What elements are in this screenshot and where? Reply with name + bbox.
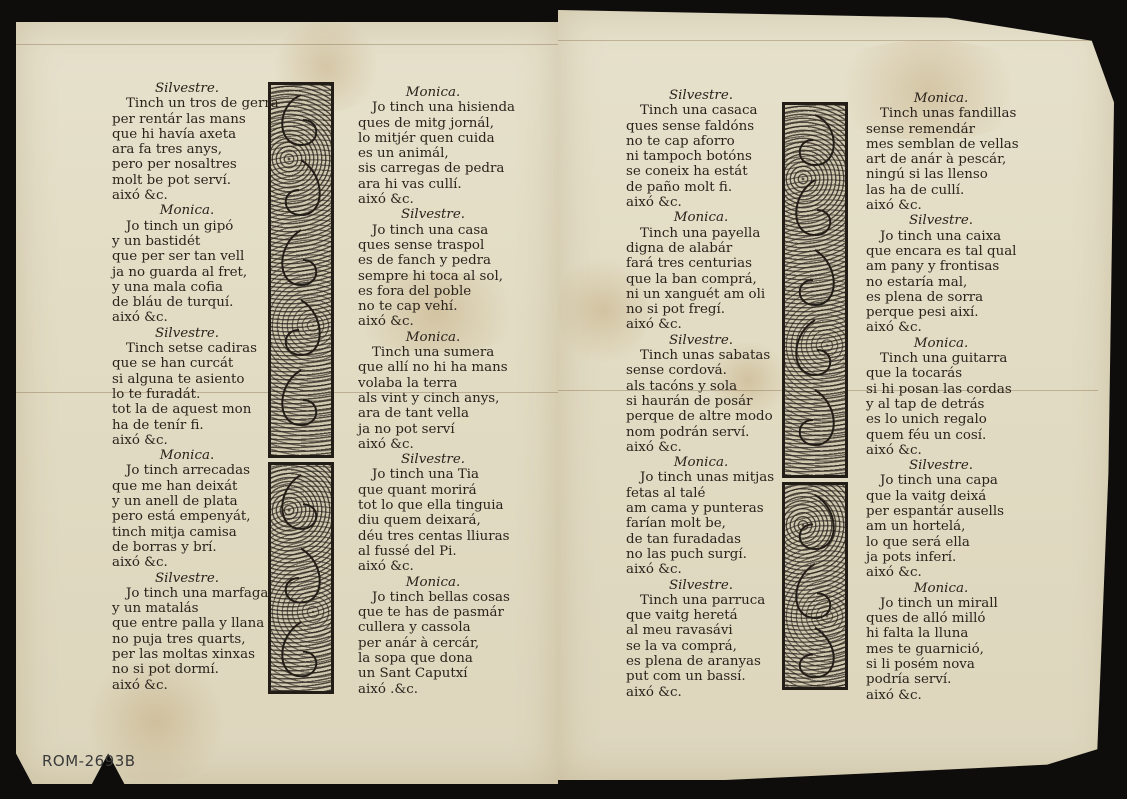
verse-line: lo que será ella xyxy=(866,535,1016,550)
verse-line: la sopa que dona xyxy=(358,651,508,666)
speaker-name: Monica. xyxy=(866,581,1016,596)
verse-line: ques sense faldóns xyxy=(626,119,776,134)
verse-line: no las puch surgí. xyxy=(626,547,776,562)
woodcut-ornament-left-top xyxy=(268,82,334,458)
verse-line: que hi havía axeta xyxy=(112,127,262,142)
right-page-column-2: Monica.Tinch unas fandillassense remendá… xyxy=(866,91,1016,703)
speaker-name: Monica. xyxy=(358,85,508,100)
verse-line: am cama y punteras xyxy=(626,501,776,516)
catalog-label: ROM-2693B xyxy=(42,752,136,770)
verse-line: ara fa tres anys, xyxy=(112,142,262,157)
verse-line: es lo unich regalo xyxy=(866,412,1016,427)
verse-line: volaba la terra xyxy=(358,376,508,391)
verse-line: per anár à cercár, xyxy=(358,636,508,651)
verse-line: ques sense traspol xyxy=(358,238,508,253)
speaker-name: Silvestre. xyxy=(866,458,1016,473)
verse-line: que me han deixát xyxy=(112,479,262,494)
verse-line: nom podrán serví. xyxy=(626,425,776,440)
verse-line: si alguna te asiento xyxy=(112,372,262,387)
woodcut-ornament-right-bottom xyxy=(782,482,848,690)
verse-line: Jo tinch un gipó xyxy=(112,219,262,234)
verse-line: es de fanch y pedra xyxy=(358,253,508,268)
refrain-line: aixó &c. xyxy=(626,562,776,577)
verse-line: Jo tinch bellas cosas xyxy=(358,590,508,605)
refrain-line: aixó &c. xyxy=(112,555,262,570)
speaker-name: Monica. xyxy=(866,336,1016,351)
refrain-line: aixó &c. xyxy=(866,565,1016,580)
verse-line: molt be pot serví. xyxy=(112,173,262,188)
verse-line: un Sant Caputxí xyxy=(358,666,508,681)
verse-line: Jo tinch un mirall xyxy=(866,596,1016,611)
scroll-ornament-icon xyxy=(785,485,845,687)
verse-line: lo te furadát. xyxy=(112,387,262,402)
verse-line: no si pot fregí. xyxy=(626,302,776,317)
woodcut-ornament-left-bottom xyxy=(268,462,334,694)
fold-line xyxy=(558,40,1098,41)
verse-line: y un bastidét xyxy=(112,234,262,249)
verse-line: que te has de pasmár xyxy=(358,605,508,620)
verse-line: Tinch setse cadiras xyxy=(112,341,262,356)
verse-line: de tan furadadas xyxy=(626,532,776,547)
verse-line: se coneix ha estát xyxy=(626,164,776,179)
verse-line: pero per nosaltres xyxy=(112,157,262,172)
verse-line: ja pots inferí. xyxy=(866,550,1016,565)
verse-line: Tinch unas sabatas xyxy=(626,348,776,363)
speaker-name: Silvestre. xyxy=(112,571,262,586)
refrain-line: aixó &c. xyxy=(112,433,262,448)
verse-line: als tacóns y sola xyxy=(626,379,776,394)
speaker-name: Silvestre. xyxy=(866,213,1016,228)
verse-line: ara de tant vella xyxy=(358,406,508,421)
verse-line: que se han curcát xyxy=(112,356,262,371)
verse-line: que la tocarás xyxy=(866,366,1016,381)
verse-line: al meu ravasávi xyxy=(626,623,776,638)
verse-line: ara hi vas cullí. xyxy=(358,177,508,192)
verse-line: que vaitg heretá xyxy=(626,608,776,623)
verse-line: no te cap aforro xyxy=(626,134,776,149)
verse-line: ques de alló milló xyxy=(866,611,1016,626)
verse-line: que allí no hi ha mans xyxy=(358,360,508,375)
refrain-line: aixó &c. xyxy=(866,443,1016,458)
refrain-line: aixó &c. xyxy=(358,314,508,329)
verse-line: Tinch una parruca xyxy=(626,593,776,608)
speaker-name: Silvestre. xyxy=(112,81,262,96)
verse-line: ja no guarda al fret, xyxy=(112,265,262,280)
speaker-name: Silvestre. xyxy=(112,326,262,341)
verse-line: no si pot dormí. xyxy=(112,662,262,677)
verse-line: farían molt be, xyxy=(626,516,776,531)
verse-line: diu quem deixará, xyxy=(358,513,508,528)
speaker-name: Monica. xyxy=(112,203,262,218)
verse-line: ni un xanguét am oli xyxy=(626,287,776,302)
verse-line: sense cordová. xyxy=(626,363,776,378)
verse-line: perque de altre modo xyxy=(626,409,776,424)
refrain-line: aixó &c. xyxy=(358,559,508,574)
verse-line: y una mala cofia xyxy=(112,280,262,295)
refrain-line: aixó &c. xyxy=(112,310,262,325)
refrain-line: aixó &c. xyxy=(112,188,262,203)
verse-line: quem féu un cosí. xyxy=(866,428,1016,443)
verse-line: Tinch una payella xyxy=(626,226,776,241)
speaker-name: Silvestre. xyxy=(358,452,508,467)
verse-line: de paño molt fi. xyxy=(626,180,776,195)
verse-line: Jo tinch una Tia xyxy=(358,467,508,482)
verse-line: fetas al talé xyxy=(626,486,776,501)
verse-line: ningú si las llenso xyxy=(866,167,1016,182)
speaker-name: Silvestre. xyxy=(358,207,508,222)
refrain-line: aixó &c. xyxy=(866,198,1016,213)
verse-line: perque pesi així. xyxy=(866,305,1016,320)
verse-line: que la vaitg deixá xyxy=(866,489,1016,504)
refrain-line: aixó &c. xyxy=(866,688,1016,703)
speaker-name: Silvestre. xyxy=(626,88,776,103)
verse-line: si hi posan las cordas xyxy=(866,382,1016,397)
verse-line: que per ser tan vell xyxy=(112,249,262,264)
speaker-name: Silvestre. xyxy=(626,333,776,348)
speaker-name: Monica. xyxy=(358,575,508,590)
verse-line: si haurán de posár xyxy=(626,394,776,409)
verse-line: fará tres centurias xyxy=(626,256,776,271)
verse-line: lo mitjér quen cuida xyxy=(358,131,508,146)
speaker-name: Monica. xyxy=(358,330,508,345)
verse-line: de borras y brí. xyxy=(112,540,262,555)
verse-line: al fussé del Pi. xyxy=(358,544,508,559)
woodcut-ornament-right-top xyxy=(782,102,848,478)
verse-line: se la va comprá, xyxy=(626,639,776,654)
verse-line: Tinch unas fandillas xyxy=(866,106,1016,121)
scroll-ornament-icon xyxy=(785,105,845,475)
verse-line: digna de alabár xyxy=(626,241,776,256)
left-page-column-1: Silvestre.Tinch un tros de gerraper rent… xyxy=(112,81,262,693)
verse-line: es plena de aranyas xyxy=(626,654,776,669)
verse-line: cullera y cassola xyxy=(358,620,508,635)
speaker-name: Silvestre. xyxy=(626,578,776,593)
refrain-line: aixó .&c. xyxy=(358,682,508,697)
verse-line: que encara es tal qual xyxy=(866,244,1016,259)
verse-line: mes te guarnició, xyxy=(866,642,1016,657)
refrain-line: aixó &c. xyxy=(358,437,508,452)
speaker-name: Monica. xyxy=(626,455,776,470)
scroll-ornament-icon xyxy=(271,85,331,455)
verse-line: Tinch una guitarra xyxy=(866,351,1016,366)
verse-line: y un anell de plata xyxy=(112,494,262,509)
verse-line: no te cap vehí. xyxy=(358,299,508,314)
verse-line: no puja tres quarts, xyxy=(112,632,262,647)
verse-line: ques de mitg jornál, xyxy=(358,116,508,131)
verse-line: ja no pot serví xyxy=(358,422,508,437)
verse-line: déu tres centas lliuras xyxy=(358,529,508,544)
verse-line: ha de tenír fi. xyxy=(112,418,262,433)
verse-line: las ha de cullí. xyxy=(866,183,1016,198)
refrain-line: aixó &c. xyxy=(866,320,1016,335)
verse-line: per rentár las mans xyxy=(112,112,262,127)
verse-line: put com un bassí. xyxy=(626,669,776,684)
verse-line: Jo tinch una casa xyxy=(358,223,508,238)
verse-line: tinch mitja camisa xyxy=(112,525,262,540)
speaker-name: Monica. xyxy=(866,91,1016,106)
refrain-line: aixó &c. xyxy=(626,195,776,210)
verse-line: Tinch una casaca xyxy=(626,103,776,118)
verse-line: ni tampoch botóns xyxy=(626,149,776,164)
verse-line: Tinch un tros de gerra xyxy=(112,96,262,111)
verse-line: sense remendár xyxy=(866,122,1016,137)
verse-line: als vint y cinch anys, xyxy=(358,391,508,406)
fold-line xyxy=(16,44,558,45)
verse-line: Tinch una sumera xyxy=(358,345,508,360)
verse-line: es un animál, xyxy=(358,146,508,161)
left-page-column-2: Monica.Jo tinch una hisiendaques de mitg… xyxy=(358,85,508,697)
verse-line: y al tap de detrás xyxy=(866,397,1016,412)
verse-line: pero está empenyát, xyxy=(112,509,262,524)
verse-line: no estaría mal, xyxy=(866,275,1016,290)
verse-line: am un hortelá, xyxy=(866,519,1016,534)
verse-line: sempre hi toca al sol, xyxy=(358,269,508,284)
verse-line: Jo tinch una capa xyxy=(866,473,1016,488)
verse-line: Jo tinch una marfaga xyxy=(112,586,262,601)
verse-line: tot lo que ella tinguia xyxy=(358,498,508,513)
verse-line: per las moltas xinxas xyxy=(112,647,262,662)
verse-line: podría serví. xyxy=(866,672,1016,687)
verse-line: que la ban comprá, xyxy=(626,272,776,287)
refrain-line: aixó &c. xyxy=(626,685,776,700)
refrain-line: aixó &c. xyxy=(358,192,508,207)
verse-line: hi falta la lluna xyxy=(866,626,1016,641)
verse-line: Jo tinch una caixa xyxy=(866,229,1016,244)
refrain-line: aixó &c. xyxy=(626,317,776,332)
verse-line: mes semblan de vellas xyxy=(866,137,1016,152)
verse-line: Jo tinch arrecadas xyxy=(112,463,262,478)
refrain-line: aixó &c. xyxy=(626,440,776,455)
verse-line: y un matalás xyxy=(112,601,262,616)
right-page-column-1: Silvestre.Tinch una casacaques sense fal… xyxy=(626,88,776,700)
verse-line: Jo tinch unas mitjas xyxy=(626,470,776,485)
verse-line: art de anár à pescár, xyxy=(866,152,1016,167)
verse-line: per espantár ausells xyxy=(866,504,1016,519)
speaker-name: Monica. xyxy=(112,448,262,463)
refrain-line: aixó &c. xyxy=(112,678,262,693)
verse-line: am pany y frontisas xyxy=(866,259,1016,274)
verse-line: que entre palla y llana xyxy=(112,616,262,631)
verse-line: si li posém nova xyxy=(866,657,1016,672)
verse-line: de bláu de turquí. xyxy=(112,295,262,310)
verse-line: Jo tinch una hisienda xyxy=(358,100,508,115)
verse-line: que quant morirá xyxy=(358,483,508,498)
scroll-ornament-icon xyxy=(271,465,331,691)
speaker-name: Monica. xyxy=(626,210,776,225)
verse-line: es plena de sorra xyxy=(866,290,1016,305)
verse-line: es fora del poble xyxy=(358,284,508,299)
verse-line: sis carregas de pedra xyxy=(358,161,508,176)
verse-line: tot la de aquest mon xyxy=(112,402,262,417)
